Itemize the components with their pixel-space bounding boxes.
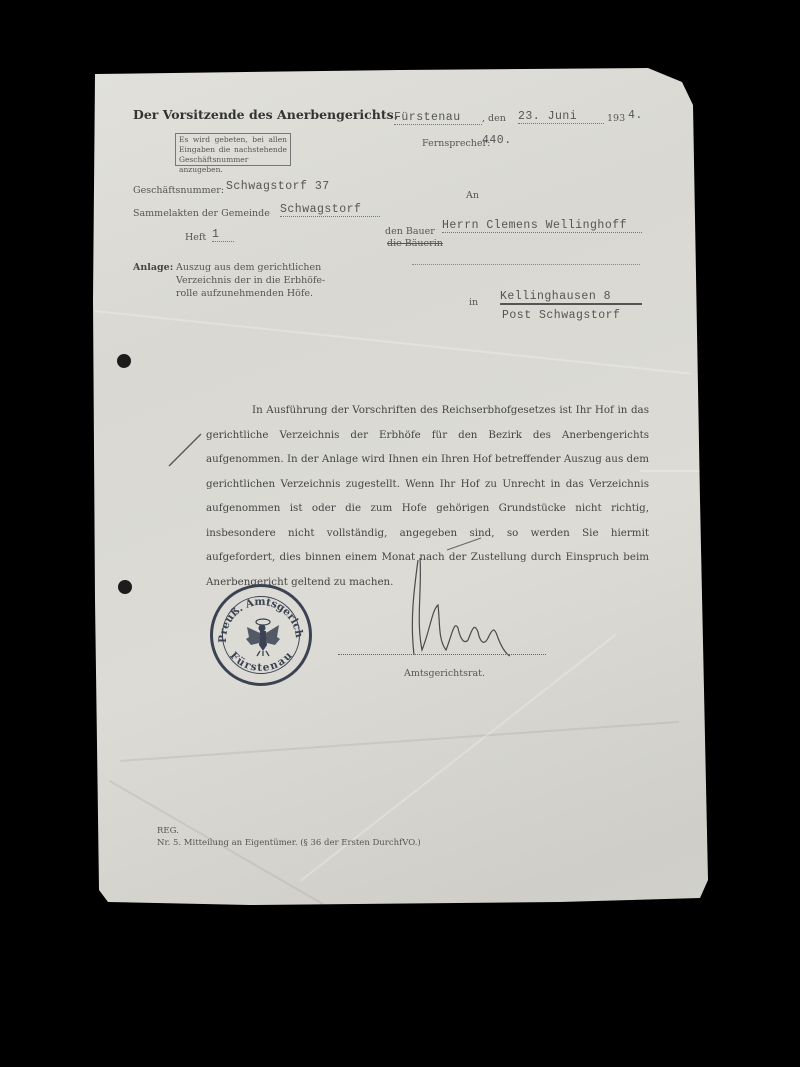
- issuer-heading: Der Vorsitzende des Anerbengerichts.: [133, 107, 398, 122]
- footer-text: Nr. 5. Mitteilung an Eigentümer. (§ 36 d…: [157, 838, 421, 848]
- punch-hole: [117, 354, 131, 368]
- case-number-label: Geschäftsnummer:: [133, 185, 224, 196]
- collection-label: Sammelakten der Gemeinde: [133, 208, 270, 219]
- phone-value: 440.: [482, 134, 512, 147]
- volume-label: Heft: [185, 232, 206, 243]
- case-number-value: Schwagstorf 37: [226, 180, 330, 193]
- attachment-line: rolle aufzunehmenden Höfe.: [176, 288, 313, 299]
- signature-title: Amtsgerichtsrat.: [404, 668, 485, 679]
- address-line-2: Post Schwagstorf: [502, 309, 620, 322]
- notice-box: Es wird gebeten, bei allen Eingaben die …: [175, 133, 291, 166]
- date-prefix-label: , den: [482, 113, 506, 124]
- footer-code: REG.: [157, 826, 179, 836]
- blank-line: [412, 264, 640, 265]
- in-label: in: [469, 297, 478, 308]
- eagle-emblem-icon: [243, 615, 283, 657]
- collection-value: Schwagstorf: [280, 203, 380, 217]
- paper-crease: [640, 470, 700, 472]
- address-line-1: Kellinghausen 8: [500, 290, 642, 305]
- signature-line: [338, 654, 546, 655]
- signature: [400, 550, 520, 660]
- salutation-struck-label: die Bäuerin: [387, 238, 443, 249]
- paper-crease: [120, 721, 679, 762]
- recipient-name: Herrn Clemens Wellinghoff: [442, 219, 642, 233]
- court-stamp: Preuß. Amtsgericht Fürstenau: [210, 584, 312, 686]
- attachment-line: Verzeichnis der in die Erbhöfe-: [176, 275, 325, 286]
- recipient-to-label: An: [466, 190, 479, 201]
- date-field: 23. Juni: [518, 110, 604, 124]
- phone-label: Fernsprecher:: [422, 138, 490, 149]
- place-field: Fürstenau: [394, 111, 482, 125]
- document-paper: Der Vorsitzende des Anerbengerichts. Es …: [0, 0, 800, 1067]
- year-prefix-label: 193: [607, 113, 625, 124]
- pen-mark: [165, 430, 205, 470]
- year-field: 4.: [628, 109, 643, 122]
- punch-hole: [118, 580, 132, 594]
- attachment-line: Auszug aus dem gerichtlichen: [176, 262, 321, 273]
- salutation-label: den Bauer: [385, 226, 435, 237]
- attachment-label: Anlage:: [133, 262, 173, 273]
- volume-value: 1: [212, 228, 234, 242]
